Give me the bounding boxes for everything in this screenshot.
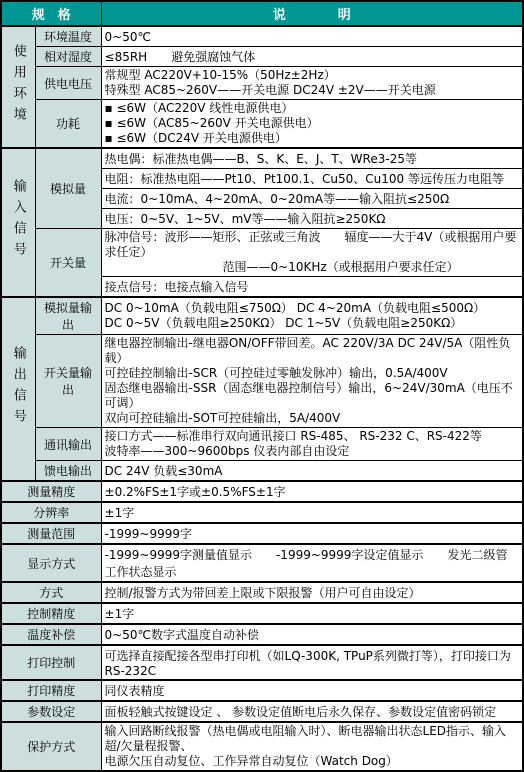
label-resolution: 分辨率 xyxy=(1,502,101,523)
comm-output-line1: 接口方式——标准串行双向通讯接口 RS-485、 RS-232 C、RS-422… xyxy=(105,429,519,444)
value-power-consumption: ▪ ≤6W（AC220V 线性电源供电） ▪ ≤6W（AC85~260V 开关电… xyxy=(101,100,523,149)
row-display-mode: 显示方式 -1999~9999字测量值显示 -1999~9999字设定值显示 发… xyxy=(1,544,523,582)
protection-line1: 输入回路断线报警（热电偶或电阻输入时）、断电器输出状态LED指示、输入超/欠量程… xyxy=(105,724,519,754)
row-resolution: 分辨率 ±1字 xyxy=(1,502,523,523)
label-humidity: 相对湿度 xyxy=(35,47,101,67)
row-control-accuracy: 控制精度 ±1字 xyxy=(1,603,523,624)
row-comm-output: 通讯输出 接口方式——标准串行双向通讯接口 RS-485、 RS-232 C、R… xyxy=(1,428,523,461)
header-spec: 规 格 xyxy=(1,1,101,26)
analog-output-line1: DC 0~10mA（负载电阻≤750Ω） DC 4~20mA（负载电阻≤500Ω… xyxy=(105,301,519,316)
row-analog-output: 输出信号 模拟量输出 DC 0~10mA（负载电阻≤750Ω） DC 4~20m… xyxy=(1,297,523,335)
label-switch-output: 开关量输出 xyxy=(35,335,101,428)
label-alarm-mode: 方式 xyxy=(1,582,101,603)
header-row: 规 格 说 明 xyxy=(1,1,523,26)
label-print-accuracy: 打印精度 xyxy=(1,680,101,701)
supply-voltage-line1: 常规型 AC220V+10-15%（50Hz±2Hz） xyxy=(105,68,519,83)
group-label-input-signal: 输入信号 xyxy=(1,148,35,297)
value-humidity: ≤85RH 避免强腐蚀气体 xyxy=(101,47,523,67)
label-comm-output: 通讯输出 xyxy=(35,428,101,461)
label-protection-mode: 保护方式 xyxy=(1,722,101,771)
spec-table: 规 格 说 明 使用环境 环境温度 0~50℃ 相对湿度 ≤85RH 避免强腐蚀… xyxy=(0,0,524,772)
row-alarm-mode: 方式 控制/报警方式为带回差上限或下限报警（用户可自由设定） xyxy=(1,582,523,603)
label-env-temp: 环境温度 xyxy=(35,26,101,47)
analog-output-line2: DC 0~5V（负载电阻≥250KΩ） DC 1~5V（负载电阻≥250KΩ） xyxy=(105,316,519,331)
supply-voltage-line2: 特殊型 AC85~260V——开关电源 DC24V ±2V——开关电源 xyxy=(105,83,519,98)
value-print-accuracy: 同仪表精度 xyxy=(101,680,523,701)
pulse-line1: 脉冲信号：波形——矩形、正弦或三角波 辐度——大于4V（或根据用户要求任定） xyxy=(105,230,519,260)
group-label-output-signal: 输出信号 xyxy=(1,297,35,481)
value-alarm-mode: 控制/报警方式为带回差上限或下限报警（用户可自由设定） xyxy=(101,582,523,603)
value-measure-range: -1999~9999字 xyxy=(101,523,523,544)
protection-line2: 电源欠压自动复位、工作异常自动复位（Watch Dog） xyxy=(105,754,519,769)
value-control-accuracy: ±1字 xyxy=(101,603,523,624)
row-power-consumption: 功耗 ▪ ≤6W（AC220V 线性电源供电） ▪ ≤6W（AC85~260V … xyxy=(1,100,523,149)
label-temp-compensation: 温度补偿 xyxy=(1,624,101,645)
label-display-mode: 显示方式 xyxy=(1,544,101,582)
switch-output-line4: 双向可控硅输出-SOT可控硅输出，5A/400V xyxy=(105,411,519,426)
label-power-consumption: 功耗 xyxy=(35,100,101,149)
consumption-line2: ▪ ≤6W（AC85~260V 开关电源供电） xyxy=(105,116,519,131)
row-protection-mode: 保护方式 输入回路断线报警（热电偶或电阻输入时）、断电器输出状态LED指示、输入… xyxy=(1,722,523,771)
switch-output-line3: 固态继电器输出-SSR（固态继电器控制信号）输出，6~24V/30mA（电压不可… xyxy=(105,381,519,411)
value-resistance: 电阻：标准热电阻——Pt10、Pt100.1、Cu50、Cu100 等远传压力电… xyxy=(101,169,523,189)
label-measure-accuracy: 测量精度 xyxy=(1,481,101,502)
row-input-thermocouple: 输入信号 模拟量 热电偶：标准热电偶——B、S、K、E、J、T、WRe3-25等 xyxy=(1,148,523,169)
row-print-accuracy: 打印精度 同仪表精度 xyxy=(1,680,523,701)
value-feed-output: DC 24V 负载≤30mA xyxy=(101,461,523,482)
value-voltage: 电压：0~5V、1~5V、mV等——输入阻抗≥250KΩ xyxy=(101,209,523,229)
value-contact-signal: 接点信号：电接点输入信号 xyxy=(101,277,523,298)
row-input-pulse: 开关量 脉冲信号：波形——矩形、正弦或三角波 辐度——大于4V（或根据用户要求任… xyxy=(1,229,523,277)
group-label-output-signal-text: 输出信号 xyxy=(9,346,28,430)
label-feed-output: 馈电输出 xyxy=(35,461,101,482)
value-thermocouple: 热电偶：标准热电偶——B、S、K、E、J、T、WRe3-25等 xyxy=(101,148,523,169)
row-measure-accuracy: 测量精度 ±0.2%FS±1字或±0.5%FS±1字 xyxy=(1,481,523,502)
value-pulse-signal: 脉冲信号：波形——矩形、正弦或三角波 辐度——大于4V（或根据用户要求任定） 范… xyxy=(101,229,523,277)
header-desc: 说 明 xyxy=(101,1,523,26)
value-current: 电流：0~10mA、4~20mA、0~20mA等——输入阻抗≤250Ω xyxy=(101,189,523,209)
consumption-line3: ▪ ≤6W（DC24V 开关电源供电） xyxy=(105,131,519,146)
value-temp-compensation: 0~50℃数字式温度自动补偿 xyxy=(101,624,523,645)
group-label-environment: 使用环境 xyxy=(1,26,35,148)
switch-output-line2: 可控硅控制输出-SCR（可控硅过零触发脉冲）输出，0.5A/400V xyxy=(105,366,519,381)
label-print-control: 打印控制 xyxy=(1,645,101,680)
row-measure-range: 测量范围 -1999~9999字 xyxy=(1,523,523,544)
row-feed-output: 馈电输出 DC 24V 负载≤30mA xyxy=(1,461,523,482)
value-env-temp: 0~50℃ xyxy=(101,26,523,47)
value-analog-output: DC 0~10mA（负载电阻≤750Ω） DC 4~20mA（负载电阻≤500Ω… xyxy=(101,297,523,335)
group-label-input-signal-text: 输入信号 xyxy=(9,179,28,263)
label-analog-input: 模拟量 xyxy=(35,148,101,229)
row-param-setting: 参数设定 面板轻触式按键设定 、 参数设定值断电后永久保存、参数设定值密码锁定 xyxy=(1,701,523,722)
row-humidity: 相对湿度 ≤85RH 避免强腐蚀气体 xyxy=(1,47,523,67)
label-supply-voltage: 供电电压 xyxy=(35,67,101,100)
value-supply-voltage: 常规型 AC220V+10-15%（50Hz±2Hz） 特殊型 AC85~260… xyxy=(101,67,523,100)
value-protection-mode: 输入回路断线报警（热电偶或电阻输入时）、断电器输出状态LED指示、输入超/欠量程… xyxy=(101,722,523,771)
row-switch-output: 开关量输出 继电器控制输出-继电器ON/OFF带回差。AC 220V/3A DC… xyxy=(1,335,523,428)
value-display-mode: -1999~9999字测量值显示 -1999~9999字设定值显示 发光二级管工… xyxy=(101,544,523,582)
label-measure-range: 测量范围 xyxy=(1,523,101,544)
pulse-line2: 范围——0~10KHz（或根据用户要求任定） xyxy=(105,260,519,275)
row-env-temp: 使用环境 环境温度 0~50℃ xyxy=(1,26,523,47)
label-control-accuracy: 控制精度 xyxy=(1,603,101,624)
label-param-setting: 参数设定 xyxy=(1,701,101,722)
consumption-line1: ▪ ≤6W（AC220V 线性电源供电） xyxy=(105,101,519,116)
value-print-control: 可选择直接配接各型串打印机（如LQ-300K, TPuP系列微打等），打印接口为… xyxy=(101,645,523,680)
value-param-setting: 面板轻触式按键设定 、 参数设定值断电后永久保存、参数设定值密码锁定 xyxy=(101,701,523,722)
comm-output-line2: 波特率——300~9600bps 仪表内部自由设定 xyxy=(105,444,519,459)
value-comm-output: 接口方式——标准串行双向通讯接口 RS-485、 RS-232 C、RS-422… xyxy=(101,428,523,461)
row-temp-compensation: 温度补偿 0~50℃数字式温度自动补偿 xyxy=(1,624,523,645)
group-label-environment-text: 使用环境 xyxy=(9,44,28,128)
label-switch-input: 开关量 xyxy=(35,229,101,298)
value-switch-output: 继电器控制输出-继电器ON/OFF带回差。AC 220V/3A DC 24V/5… xyxy=(101,335,523,428)
value-resolution: ±1字 xyxy=(101,502,523,523)
value-measure-accuracy: ±0.2%FS±1字或±0.5%FS±1字 xyxy=(101,481,523,502)
label-analog-output: 模拟量输出 xyxy=(35,297,101,335)
switch-output-line1: 继电器控制输出-继电器ON/OFF带回差。AC 220V/3A DC 24V/5… xyxy=(105,336,519,366)
row-supply-voltage: 供电电压 常规型 AC220V+10-15%（50Hz±2Hz） 特殊型 AC8… xyxy=(1,67,523,100)
row-print-control: 打印控制 可选择直接配接各型串打印机（如LQ-300K, TPuP系列微打等），… xyxy=(1,645,523,680)
